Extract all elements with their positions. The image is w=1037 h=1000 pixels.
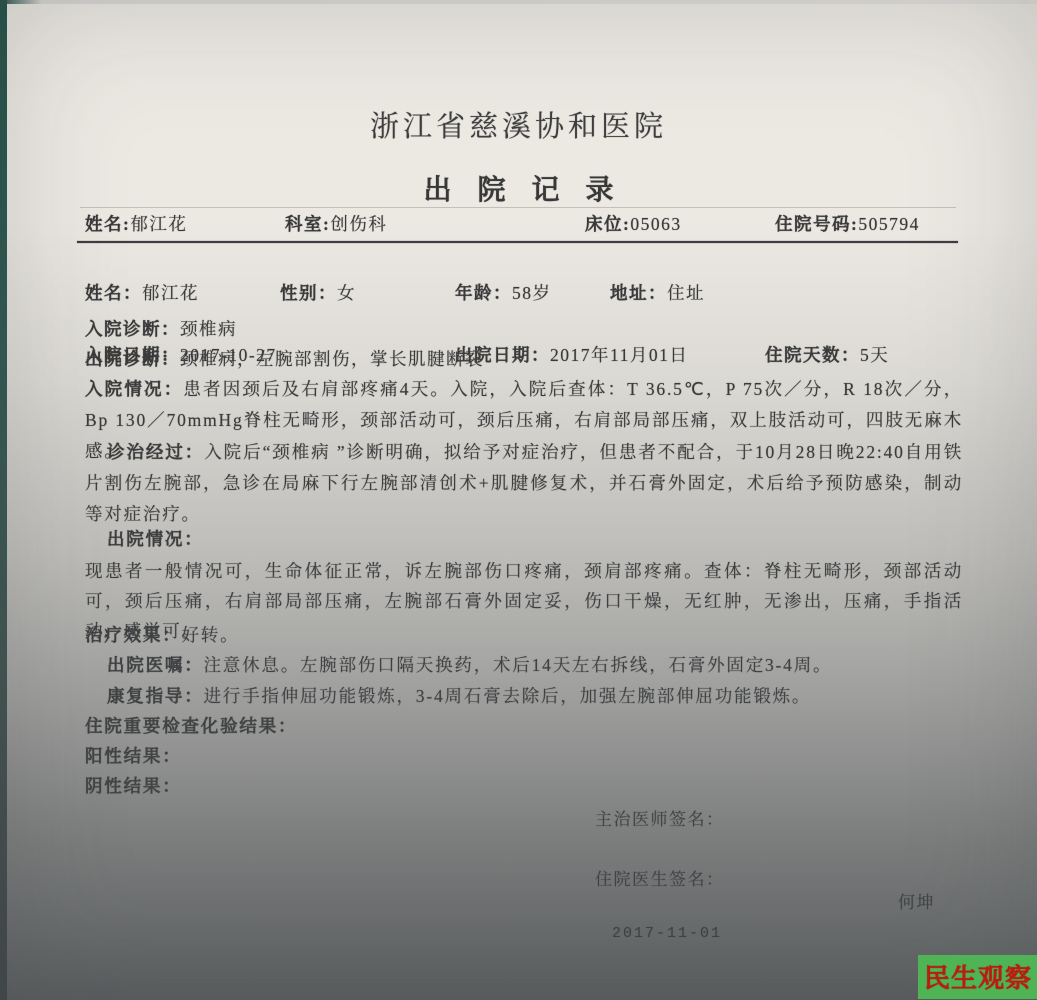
field-name-label: 姓名: <box>85 214 130 234</box>
treatment-course-text: 入院后“颈椎病 ”诊断明确，拟给予对症治疗，但患者不配合，于10月28日晚22:… <box>85 442 963 524</box>
field-name2: 姓名：郁江花 <box>85 280 199 305</box>
admission-condition-label: 入院情况： <box>85 379 183 399</box>
field-admission-number-label: 住院号码: <box>775 214 858 234</box>
discharge-advice-label: 出院医嘱： <box>107 655 204 675</box>
field-department: 科室:创伤科 <box>285 211 387 236</box>
field-name: 姓名:郁江花 <box>85 211 187 236</box>
watermark-badge: 民生观察 <box>918 955 1037 999</box>
document-photo: 浙江省慈溪协和医院 出院记录 姓名:郁江花 科室:创伤科 床位:05063 住院… <box>0 0 1037 1000</box>
negative-results-label: 阴性结果： <box>85 771 963 802</box>
patient-detail-row: 姓名：郁江花 性别：女 年龄：58岁 地址：住址 <box>85 280 963 310</box>
field-age-label: 年龄： <box>455 283 512 303</box>
field-sex: 性别：女 <box>280 280 356 305</box>
patient-header-row: 姓名:郁江花 科室:创伤科 床位:05063 住院号码:505794 <box>85 211 963 241</box>
treatment-effect-label: 治疗效果： <box>85 625 182 645</box>
field-name-value: 郁江花 <box>130 214 187 234</box>
rehab-guidance: 康复指导：进行手指伸屈功能锻炼，3-4周石膏去除后，加强左腕部伸屈功能锻炼。 <box>85 681 963 712</box>
resident-doctor-signature-label: 住院医生签名： <box>595 865 725 890</box>
field-address: 地址：住址 <box>610 280 705 305</box>
field-admission-number: 住院号码:505794 <box>775 211 920 236</box>
field-sex-label: 性别： <box>280 283 337 303</box>
treatment-effect: 治疗效果：好转。 <box>85 620 963 651</box>
admission-diagnosis-label: 入院诊断： <box>85 319 180 339</box>
rehab-guidance-label: 康复指导： <box>107 686 204 706</box>
field-name2-value: 郁江花 <box>142 283 199 303</box>
field-address-label: 地址： <box>610 283 667 303</box>
admission-diagnosis: 入院诊断：颈椎病 <box>85 314 963 344</box>
field-department-value: 创伤科 <box>330 214 387 234</box>
attending-doctor-signature-label: 主治医师签名： <box>595 805 725 830</box>
header-rule-top <box>80 207 956 208</box>
photo-left-edge <box>0 0 7 1000</box>
discharge-advice-text: 注意休息。左腕部伤口隔天换药，术后14天左右拆线，石膏外固定3-4周。 <box>204 655 833 675</box>
field-age: 年龄：58岁 <box>455 280 552 305</box>
field-department-label: 科室: <box>285 214 330 234</box>
header-rule-bottom <box>77 241 958 243</box>
discharge-diagnosis-label: 出院诊断： <box>85 349 180 369</box>
photo-top-edge <box>0 0 1037 4</box>
field-admission-number-value: 505794 <box>858 214 920 234</box>
discharge-condition-heading: 出院情况： <box>85 524 963 555</box>
discharge-diagnosis: 出院诊断：颈椎病，左腕部割伤，掌长肌腱断裂 <box>85 344 963 374</box>
field-address-value: 住址 <box>667 283 705 303</box>
discharge-advice: 出院医嘱：注意休息。左腕部伤口隔天换药，术后14天左右拆线，石膏外固定3-4周。 <box>85 650 963 681</box>
field-sex-value: 女 <box>337 283 356 303</box>
lab-results-heading: 住院重要检查化验结果： <box>85 711 963 742</box>
field-bed-label: 床位: <box>585 214 630 234</box>
field-name2-label: 姓名： <box>85 283 142 303</box>
treatment-course: 诊治经过：入院后“颈椎病 ”诊断明确，拟给予对症治疗，但患者不配合，于10月28… <box>85 437 963 530</box>
field-age-value: 58岁 <box>512 283 552 303</box>
record-date: 2017-11-01 <box>612 925 722 942</box>
treatment-effect-text: 好转。 <box>182 625 240 645</box>
doctor-signed-name: 何坤 <box>898 888 935 913</box>
field-bed: 床位:05063 <box>585 211 682 236</box>
discharge-diagnosis-text: 颈椎病，左腕部割伤，掌长肌腱断裂 <box>180 349 484 369</box>
field-bed-value: 05063 <box>630 214 681 234</box>
rehab-guidance-text: 进行手指伸屈功能锻炼，3-4周石膏去除后，加强左腕部伸屈功能锻炼。 <box>204 686 812 706</box>
treatment-course-label: 诊治经过： <box>107 442 204 462</box>
admission-diagnosis-text: 颈椎病 <box>180 319 237 339</box>
positive-results-label: 阳性结果： <box>85 741 963 772</box>
hospital-name: 浙江省慈溪协和医院 <box>0 104 1037 145</box>
document-title: 出院记录 <box>0 168 1037 208</box>
